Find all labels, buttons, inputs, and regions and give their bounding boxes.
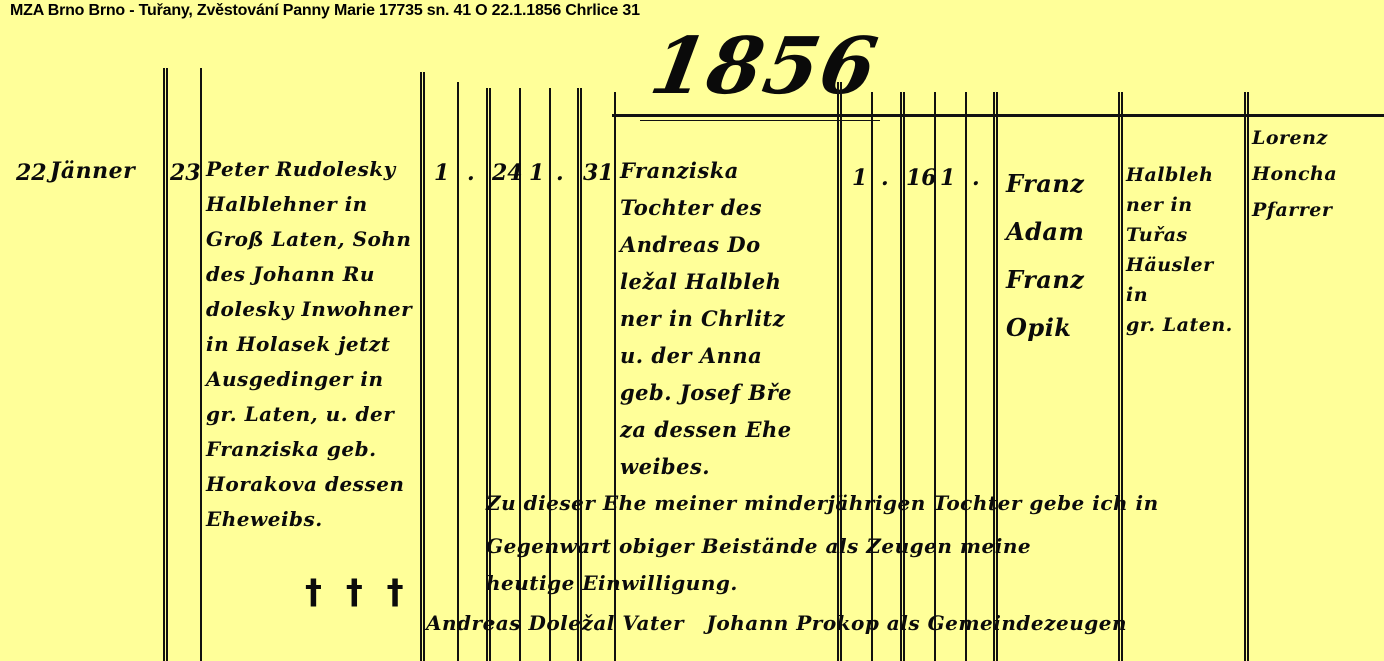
- mark-6: 31: [583, 160, 614, 186]
- header-rule-thin: [640, 120, 880, 121]
- header-rule: [612, 114, 1384, 117]
- column-rule: [457, 82, 459, 661]
- register-year: 1856: [645, 28, 884, 106]
- witness-names: Franz Adam Franz Opik: [1006, 160, 1084, 352]
- officiating-priest: Lorenz Honcha Pfarrer: [1252, 120, 1337, 228]
- column-rule: [1118, 92, 1123, 661]
- entry-day: 22: [16, 160, 47, 186]
- consent-signatures: Andreas Doležal Vater Johann Prokop als …: [426, 605, 1127, 641]
- mark-right-2: .: [881, 165, 889, 191]
- column-rule: [420, 72, 425, 661]
- entry-month: Jänner: [50, 153, 135, 189]
- mark-4: 1: [529, 160, 544, 186]
- groom-entry: Peter Rudolesky Halblehner in Groß Laten…: [206, 152, 412, 537]
- column-rule: [965, 92, 967, 661]
- column-rule: [1244, 92, 1249, 661]
- column-rule: [837, 82, 842, 661]
- illiterate-crosses: † † †: [305, 572, 410, 612]
- mark-3: 24: [492, 160, 523, 186]
- bride-entry: Franziska Tochter des Andreas Do ležal H…: [620, 152, 792, 485]
- mark-1: 1: [434, 160, 449, 186]
- mark-right-1: 1: [852, 165, 867, 191]
- column-rule: [871, 92, 873, 661]
- mark-right-4: 1: [940, 165, 955, 191]
- witness-occupation: Halbleh ner in Tuřas Häusler in gr. Late…: [1126, 160, 1233, 340]
- consent-note-line-3: heutige Einwilligung.: [486, 565, 738, 601]
- mark-2: .: [467, 160, 475, 186]
- entry-day-column-2: 23: [170, 160, 201, 186]
- mark-5: .: [556, 160, 564, 186]
- column-rule: [200, 68, 202, 661]
- record-title: MZA Brno Brno - Tuřany, Zvěstování Panny…: [10, 2, 640, 20]
- mark-right-3: 16: [906, 165, 937, 191]
- column-rule: [900, 92, 905, 661]
- consent-note-line-1: Zu dieser Ehe meiner minderjährigen Toch…: [486, 485, 1159, 521]
- consent-note-line-2: Gegenwart obiger Beistände als Zeugen me…: [486, 528, 1031, 564]
- mark-right-5: .: [972, 165, 980, 191]
- column-rule: [163, 68, 168, 661]
- column-rule: [993, 92, 998, 661]
